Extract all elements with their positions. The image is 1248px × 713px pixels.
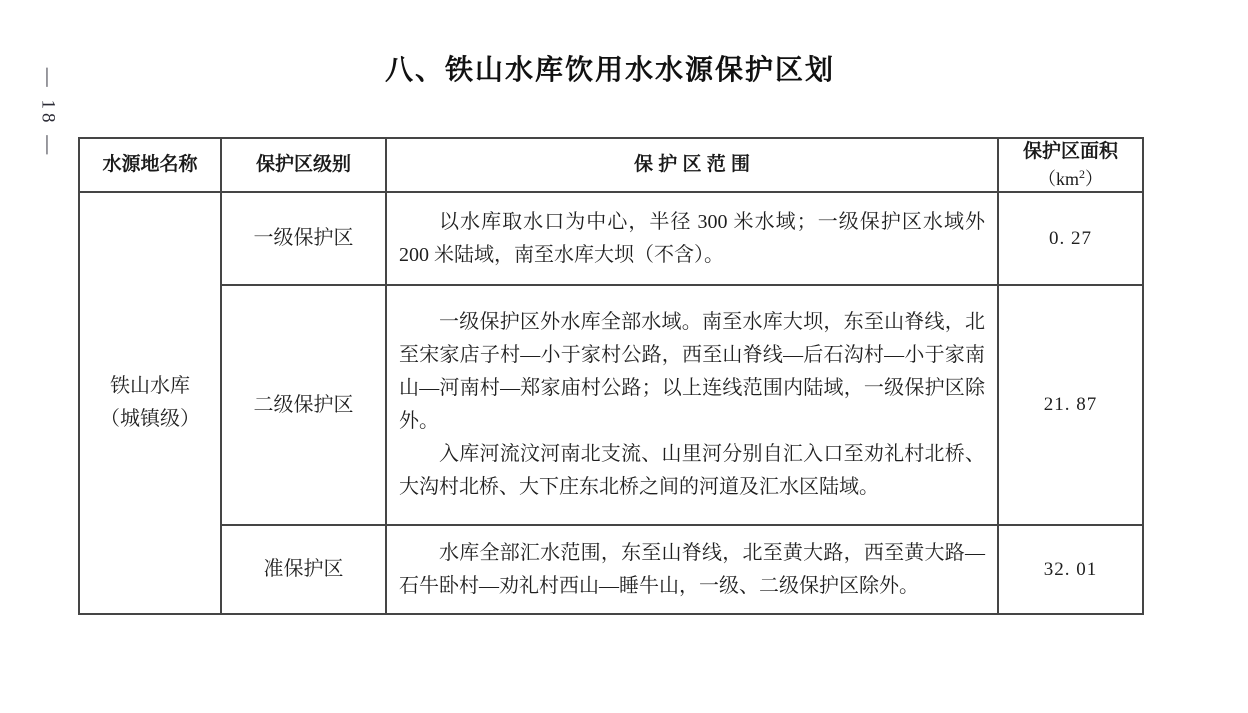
range-paragraph: 入库河流汶河南北支流、山里河分别自汇入口至劝礼村北桥、大沟村北桥、大下庄东北桥之… [399,438,985,504]
cell-level-2: 二级保护区 [221,285,386,525]
table-row-quasi: 准保护区 水库全部汇水范围，东至山脊线，北至黄大路，西至黄大路—石牛卧村—劝礼村… [79,525,1143,614]
table-header-row: 水源地名称 保护区级别 保 护 区 范 围 保护区面积 （km2） [79,138,1143,192]
protection-zone-table: 水源地名称 保护区级别 保 护 区 范 围 保护区面积 （km2） 铁山水库 （… [78,137,1144,615]
cell-area-level-1: 0. 27 [998,192,1143,285]
cell-area-quasi: 32. 01 [998,525,1143,614]
header-level: 保护区级别 [221,138,386,192]
cell-range-quasi: 水库全部汇水范围，东至山脊线，北至黄大路，西至黄大路—石牛卧村—劝礼村西山—睡牛… [386,525,998,614]
header-area: 保护区面积 （km2） [998,138,1143,192]
source-name-line2: （城镇级） [80,403,220,436]
header-area-title: 保护区面积 [999,139,1142,165]
cell-source-name: 铁山水库 （城镇级） [79,192,221,614]
table-row-level-1: 铁山水库 （城镇级） 一级保护区 以水库取水口为中心，半径 300 米水域；一级… [79,192,1143,285]
page-number: — 18 — [33,56,59,171]
header-range: 保 护 区 范 围 [386,138,998,192]
cell-range-level-2: 一级保护区外水库全部水域。南至水库大坝，东至山脊线，北至宋家店子村—小于家村公路… [386,285,998,525]
table-row-level-2: 二级保护区 一级保护区外水库全部水域。南至水库大坝，东至山脊线，北至宋家店子村—… [79,285,1143,525]
source-name-line1: 铁山水库 [80,370,220,403]
cell-range-level-1: 以水库取水口为中心，半径 300 米水域；一级保护区水域外 200 米陆域，南至… [386,192,998,285]
header-area-unit: （km2） [999,166,1142,191]
range-paragraph: 一级保护区外水库全部水域。南至水库大坝，东至山脊线，北至宋家店子村—小于家村公路… [399,306,985,438]
cell-level-1: 一级保护区 [221,192,386,285]
cell-area-level-2: 21. 87 [998,285,1143,525]
cell-level-quasi: 准保护区 [221,525,386,614]
range-paragraph: 以水库取水口为中心，半径 300 米水域；一级保护区水域外 200 米陆域，南至… [399,206,985,272]
header-source-name: 水源地名称 [79,138,221,192]
page-title: 八、铁山水库饮用水水源保护区划 [78,48,1142,88]
range-paragraph: 水库全部汇水范围，东至山脊线，北至黄大路，西至黄大路—石牛卧村—劝礼村西山—睡牛… [399,537,985,603]
